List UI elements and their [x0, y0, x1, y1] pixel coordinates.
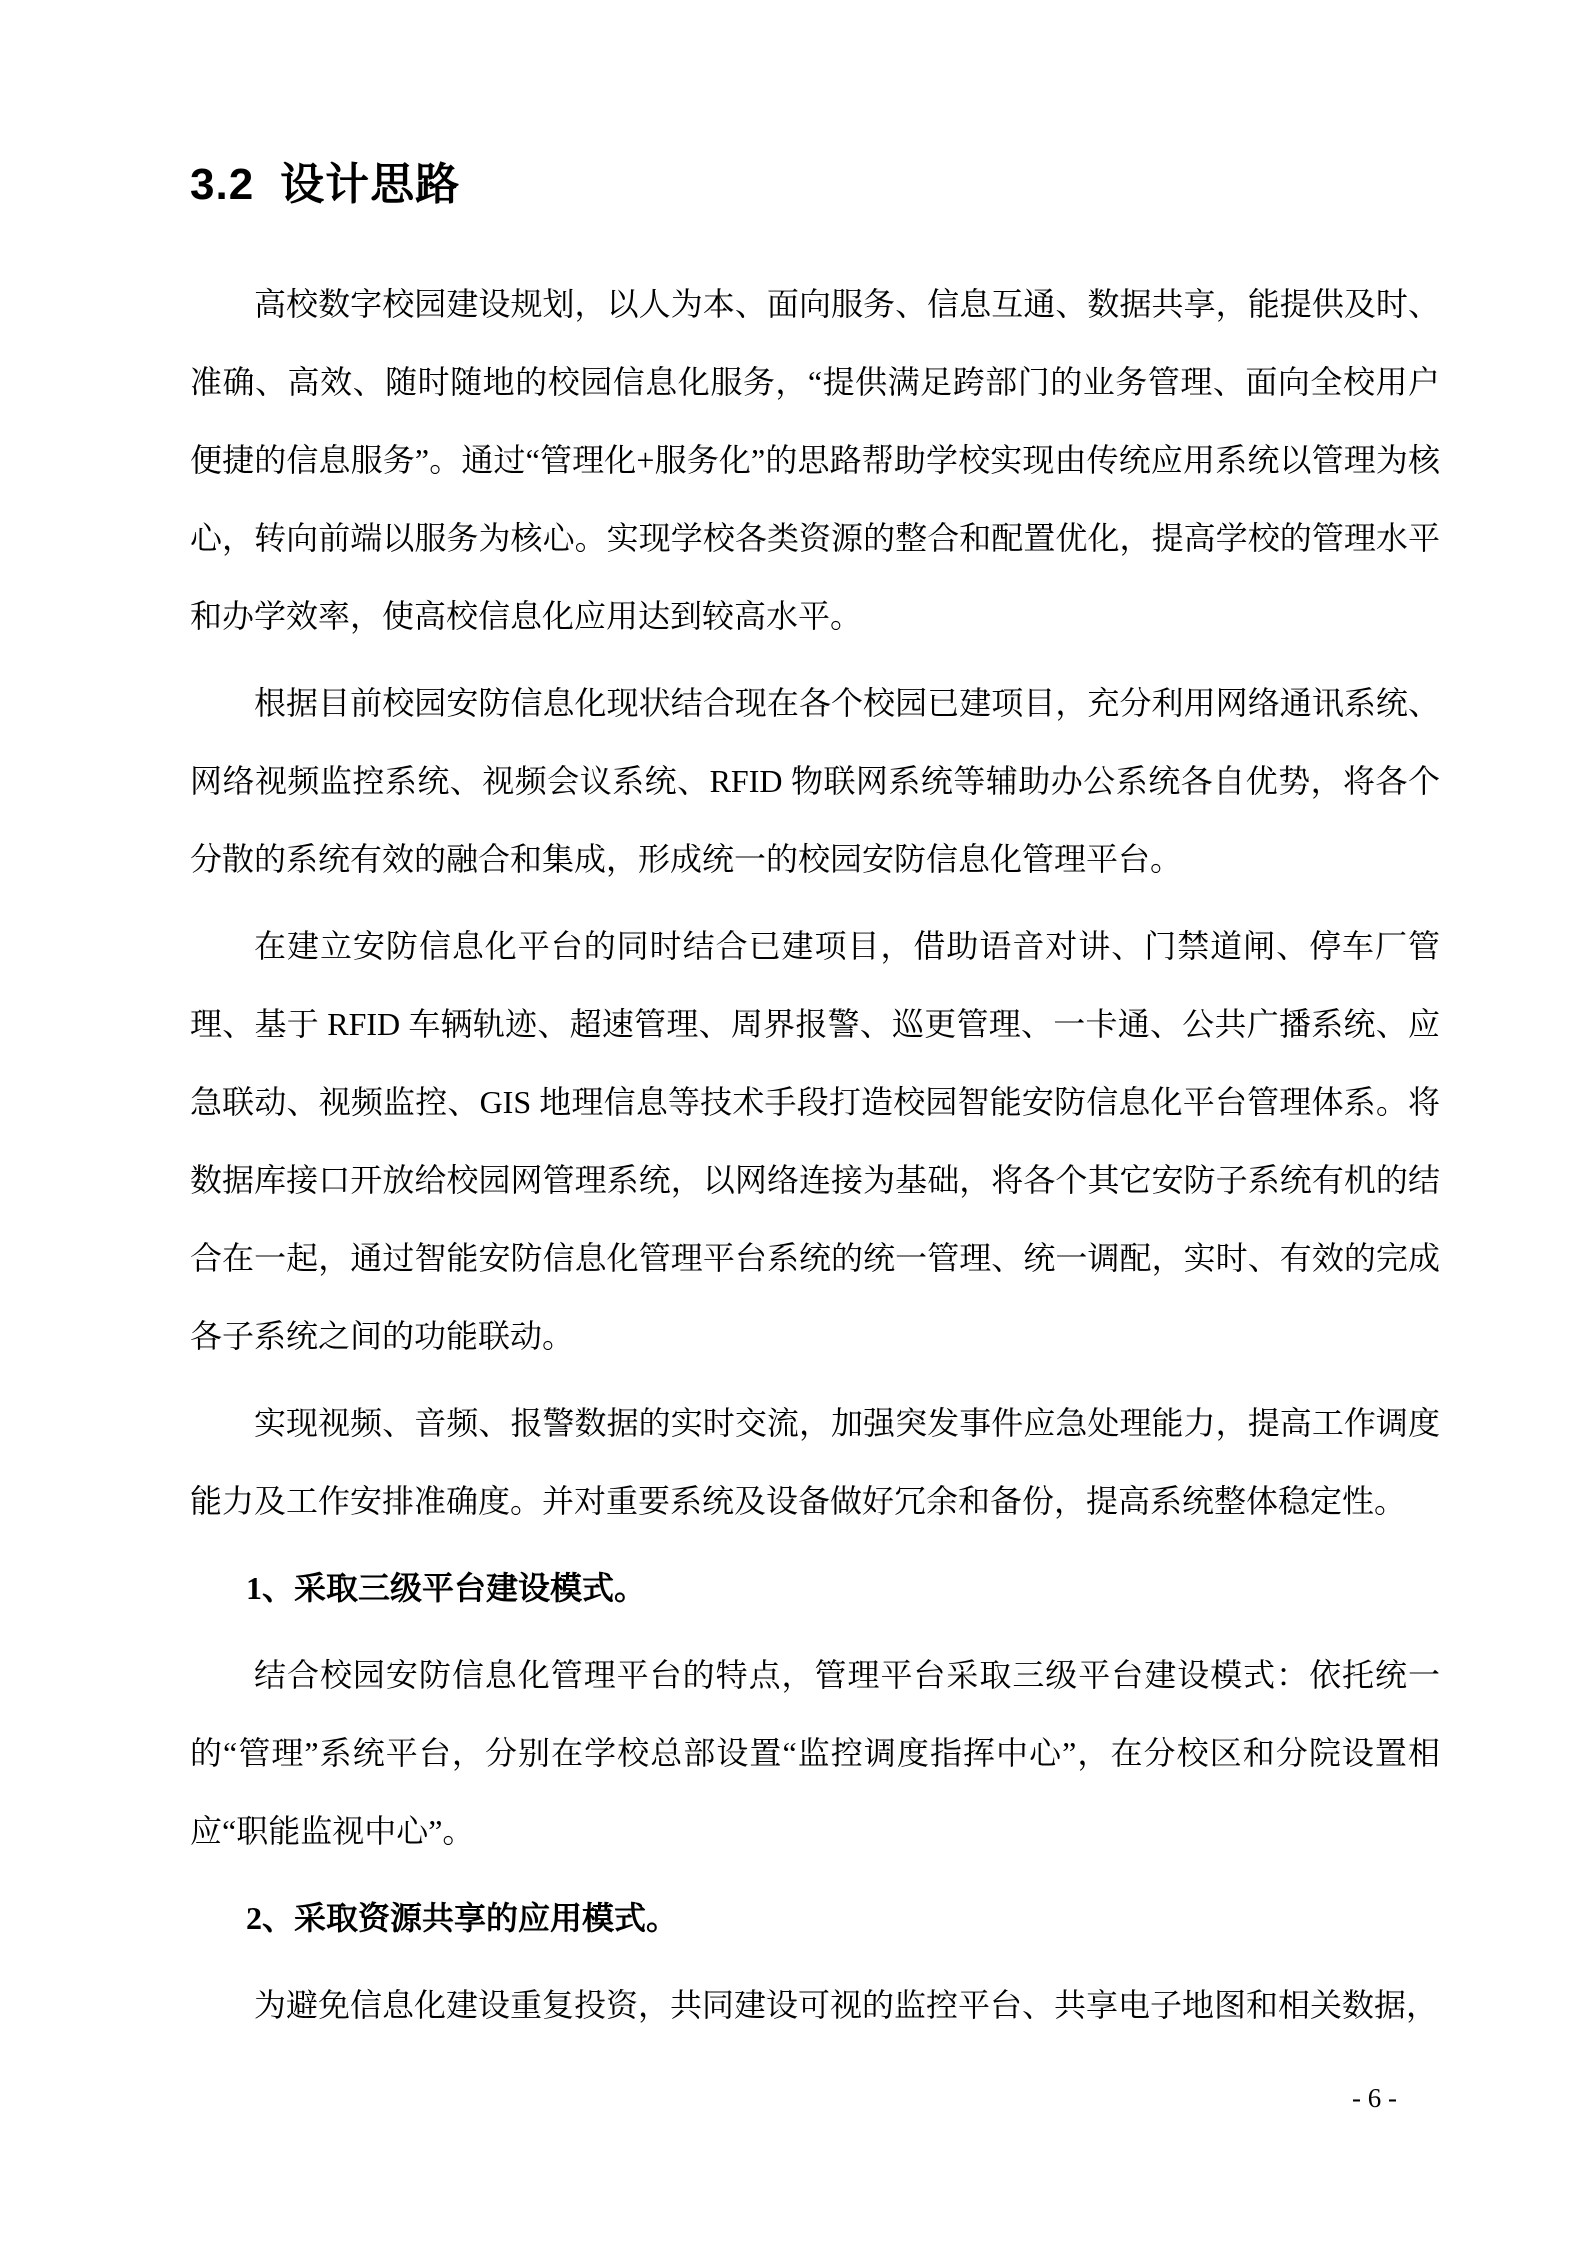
subheading-three-level-platform-mode: 1、采取三级平台建设模式。	[190, 1549, 1440, 1627]
paragraph-digital-campus-overview: 高校数字校园建设规划，以人为本、面向服务、信息互通、数据共享，能提供及时、准确、…	[190, 265, 1440, 655]
paragraph-realtime-data-exchange: 实现视频、音频、报警数据的实时交流，加强突发事件应急处理能力，提高工作调度能力及…	[190, 1384, 1440, 1540]
section-heading-title: 设计思路	[280, 160, 460, 209]
page-number: - 6 -	[1352, 2082, 1397, 2114]
paragraph-existing-systems-integration: 根据目前校园安防信息化现状结合现在各个校园已建项目，充分利用网络通讯系统、网络视…	[190, 664, 1440, 898]
paragraph-three-level-platform-detail: 结合校园安防信息化管理平台的特点，管理平台采取三级平台建设模式：依托统一的“管理…	[190, 1636, 1440, 1870]
subheading-resource-sharing-mode: 2、采取资源共享的应用模式。	[190, 1879, 1440, 1957]
paragraph-security-platform-construction: 在建立安防信息化平台的同时结合已建项目，借助语音对讲、门禁道闸、停车厂管理、基于…	[190, 907, 1440, 1375]
document-page: 3.2设计思路 高校数字校园建设规划，以人为本、面向服务、信息互通、数据共享，能…	[0, 0, 1587, 2245]
section-heading-number: 3.2	[190, 160, 254, 209]
document-content: 3.2设计思路 高校数字校园建设规划，以人为本、面向服务、信息互通、数据共享，能…	[190, 0, 1440, 2053]
paragraph-resource-sharing-detail: 为避免信息化建设重复投资，共同建设可视的监控平台、共享电子地图和相关数据，	[190, 1966, 1440, 2044]
section-heading: 3.2设计思路	[190, 159, 1440, 211]
